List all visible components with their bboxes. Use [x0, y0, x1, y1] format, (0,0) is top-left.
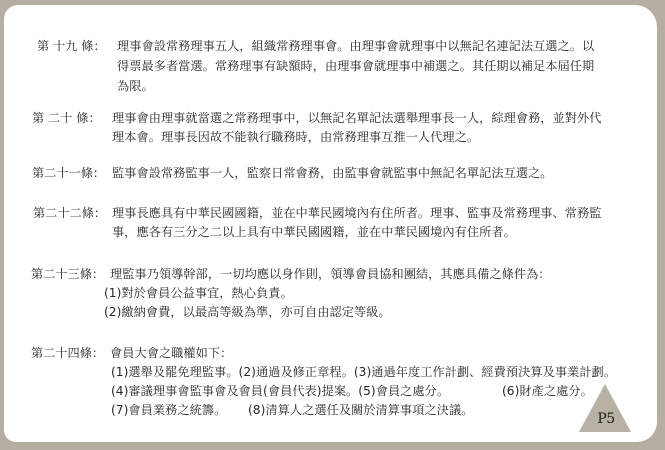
article-text-line: 監事會設常務監事一人，監察日常會務，由監事會就監事中無記名單記法互選之。 [112, 165, 553, 181]
article-text-line: 事，應各有三分之二以上具有中華民國國籍，並在中華民國境內有住所者。 [112, 224, 516, 240]
article-text-line: 理事長應具有中華民國國籍，並在中華民國境內有住所者。理事、監事及常務理事、常務監 [112, 205, 602, 221]
article-label: 第 二十 條： [32, 110, 101, 126]
article-text-line: 會員大會之職權如下： [110, 345, 232, 361]
article-label: 第二十三條： [31, 266, 104, 282]
article-list-item: (2)繳納會費，以最高等級為準，亦可自由認定等級。 [104, 304, 391, 320]
article-label: 第 十九 條： [37, 38, 106, 54]
article-text-line: 得票最多者當選。常務理事有缺額時，由理事會就理事中補選之。其任期以補足本屆任期 [117, 58, 594, 74]
page-number: P5 [591, 411, 621, 427]
article-list-item: (7)會員業務之統籌。 [111, 402, 226, 418]
article-text-line: 理事會由理事就當選之常務理事中，以無記名單記法選舉理事長一人，綜理會務，並對外代 [112, 110, 602, 126]
article-list-item: (8)清算人之選任及關於清算事項之決議。 [248, 402, 473, 418]
article-list-item: (1)選舉及罷免理監事。(2)通過及修正章程。(3)通過年度工作計劃、經費預決算… [111, 364, 616, 380]
article-text-line: 理本會。理事長因故不能執行職務時，由常務理事互推一人代理之。 [112, 129, 479, 145]
article-list-item: (4)審議理事會監事會及會員(會員代表)提案。(5)會員之處分。 [111, 383, 449, 399]
article-label: 第二十四條： [31, 345, 104, 361]
article-label: 第二十二條： [33, 205, 106, 221]
article-text-line: 為限。 [117, 78, 154, 94]
article-text-line: 理監事乃領導幹部，一切均應以身作則，領導會員協和團結，其應具備之條件為： [110, 266, 551, 282]
article-label: 第二十一條： [32, 165, 105, 181]
article-list-item: (1)對於會員公益事宜，熱心負責。 [104, 285, 293, 301]
article-text-line: 理事會設常務理事五人，組織常務理事會。由理事會就理事中以無記名連記法互選之。以 [117, 38, 594, 54]
